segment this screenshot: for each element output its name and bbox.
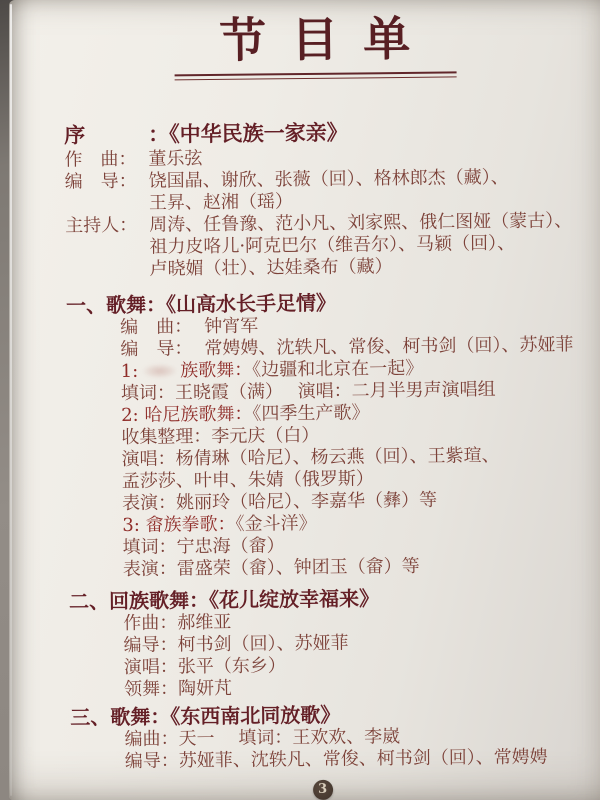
section1-director-label: 编 导： <box>120 338 204 361</box>
prelude-label: 序 <box>64 121 148 150</box>
page-footer: 3 <box>71 775 574 800</box>
program-title: 节目单 <box>63 9 567 72</box>
item2-name: 2: 哈尼族歌舞： <box>121 404 252 426</box>
director-label: 编 导： <box>65 171 149 194</box>
photo-background: 节目单 序 ：《中华民族一家亲》 作 曲： 董乐弦 编 导： 饶国晶、谢欣、张薇… <box>0 0 600 800</box>
singers-names-1: 杨倩琳（哈尼）、杨云燕（回）、王紫瑄、 <box>175 445 499 469</box>
section3-directors-line: 编导：苏娅菲、沈轶凡、常俊、柯书剑（回）、常娉娉 <box>71 746 574 773</box>
page-number-badge: 3 <box>312 780 332 800</box>
singers-label: 演唱： <box>122 448 176 470</box>
composer-names: 董乐弦 <box>148 148 202 171</box>
item3-performers-line: 表演：雷盛荣（畲）、钟团玉（畲）等 <box>69 554 572 581</box>
item2-title: 《四季生产歌》 <box>252 402 369 424</box>
program-content: 节目单 序 ：《中华民族一家亲》 作 曲： 董乐弦 编 导： 饶国晶、谢欣、张薇… <box>5 0 600 800</box>
item1-name: 族歌舞： <box>180 360 252 382</box>
arranger-names: 钟宵军 <box>204 316 258 339</box>
director-names-1: 饶国晶、谢欣、张薇（回）、格林郎杰（藏）、 <box>149 167 509 193</box>
item1-prefix: 1: <box>121 361 139 382</box>
item3-title: 《金斗洋》 <box>235 513 316 535</box>
item1-title: 《边疆和北京在一起》 <box>252 358 423 381</box>
section1-director-names: 常娉娉、沈轶凡、常俊、柯书剑（回）、苏娅菲 <box>204 334 573 360</box>
arranger-label: 编 曲： <box>120 316 204 339</box>
hosts-label: 主持人： <box>65 215 149 238</box>
hosts-line3: 卢晓媚（壮）、达娃桑布（藏） <box>66 254 569 281</box>
section2-lead-dancer-line: 领舞：陶妍芃 <box>70 674 573 701</box>
title-double-underline <box>174 71 456 80</box>
prelude-title: ：《中华民族一家亲》 <box>148 119 348 149</box>
composer-label: 作 曲： <box>64 149 148 172</box>
item3-name: 3: 畲族拳歌： <box>122 514 235 536</box>
glare-obscured-text <box>141 363 177 378</box>
